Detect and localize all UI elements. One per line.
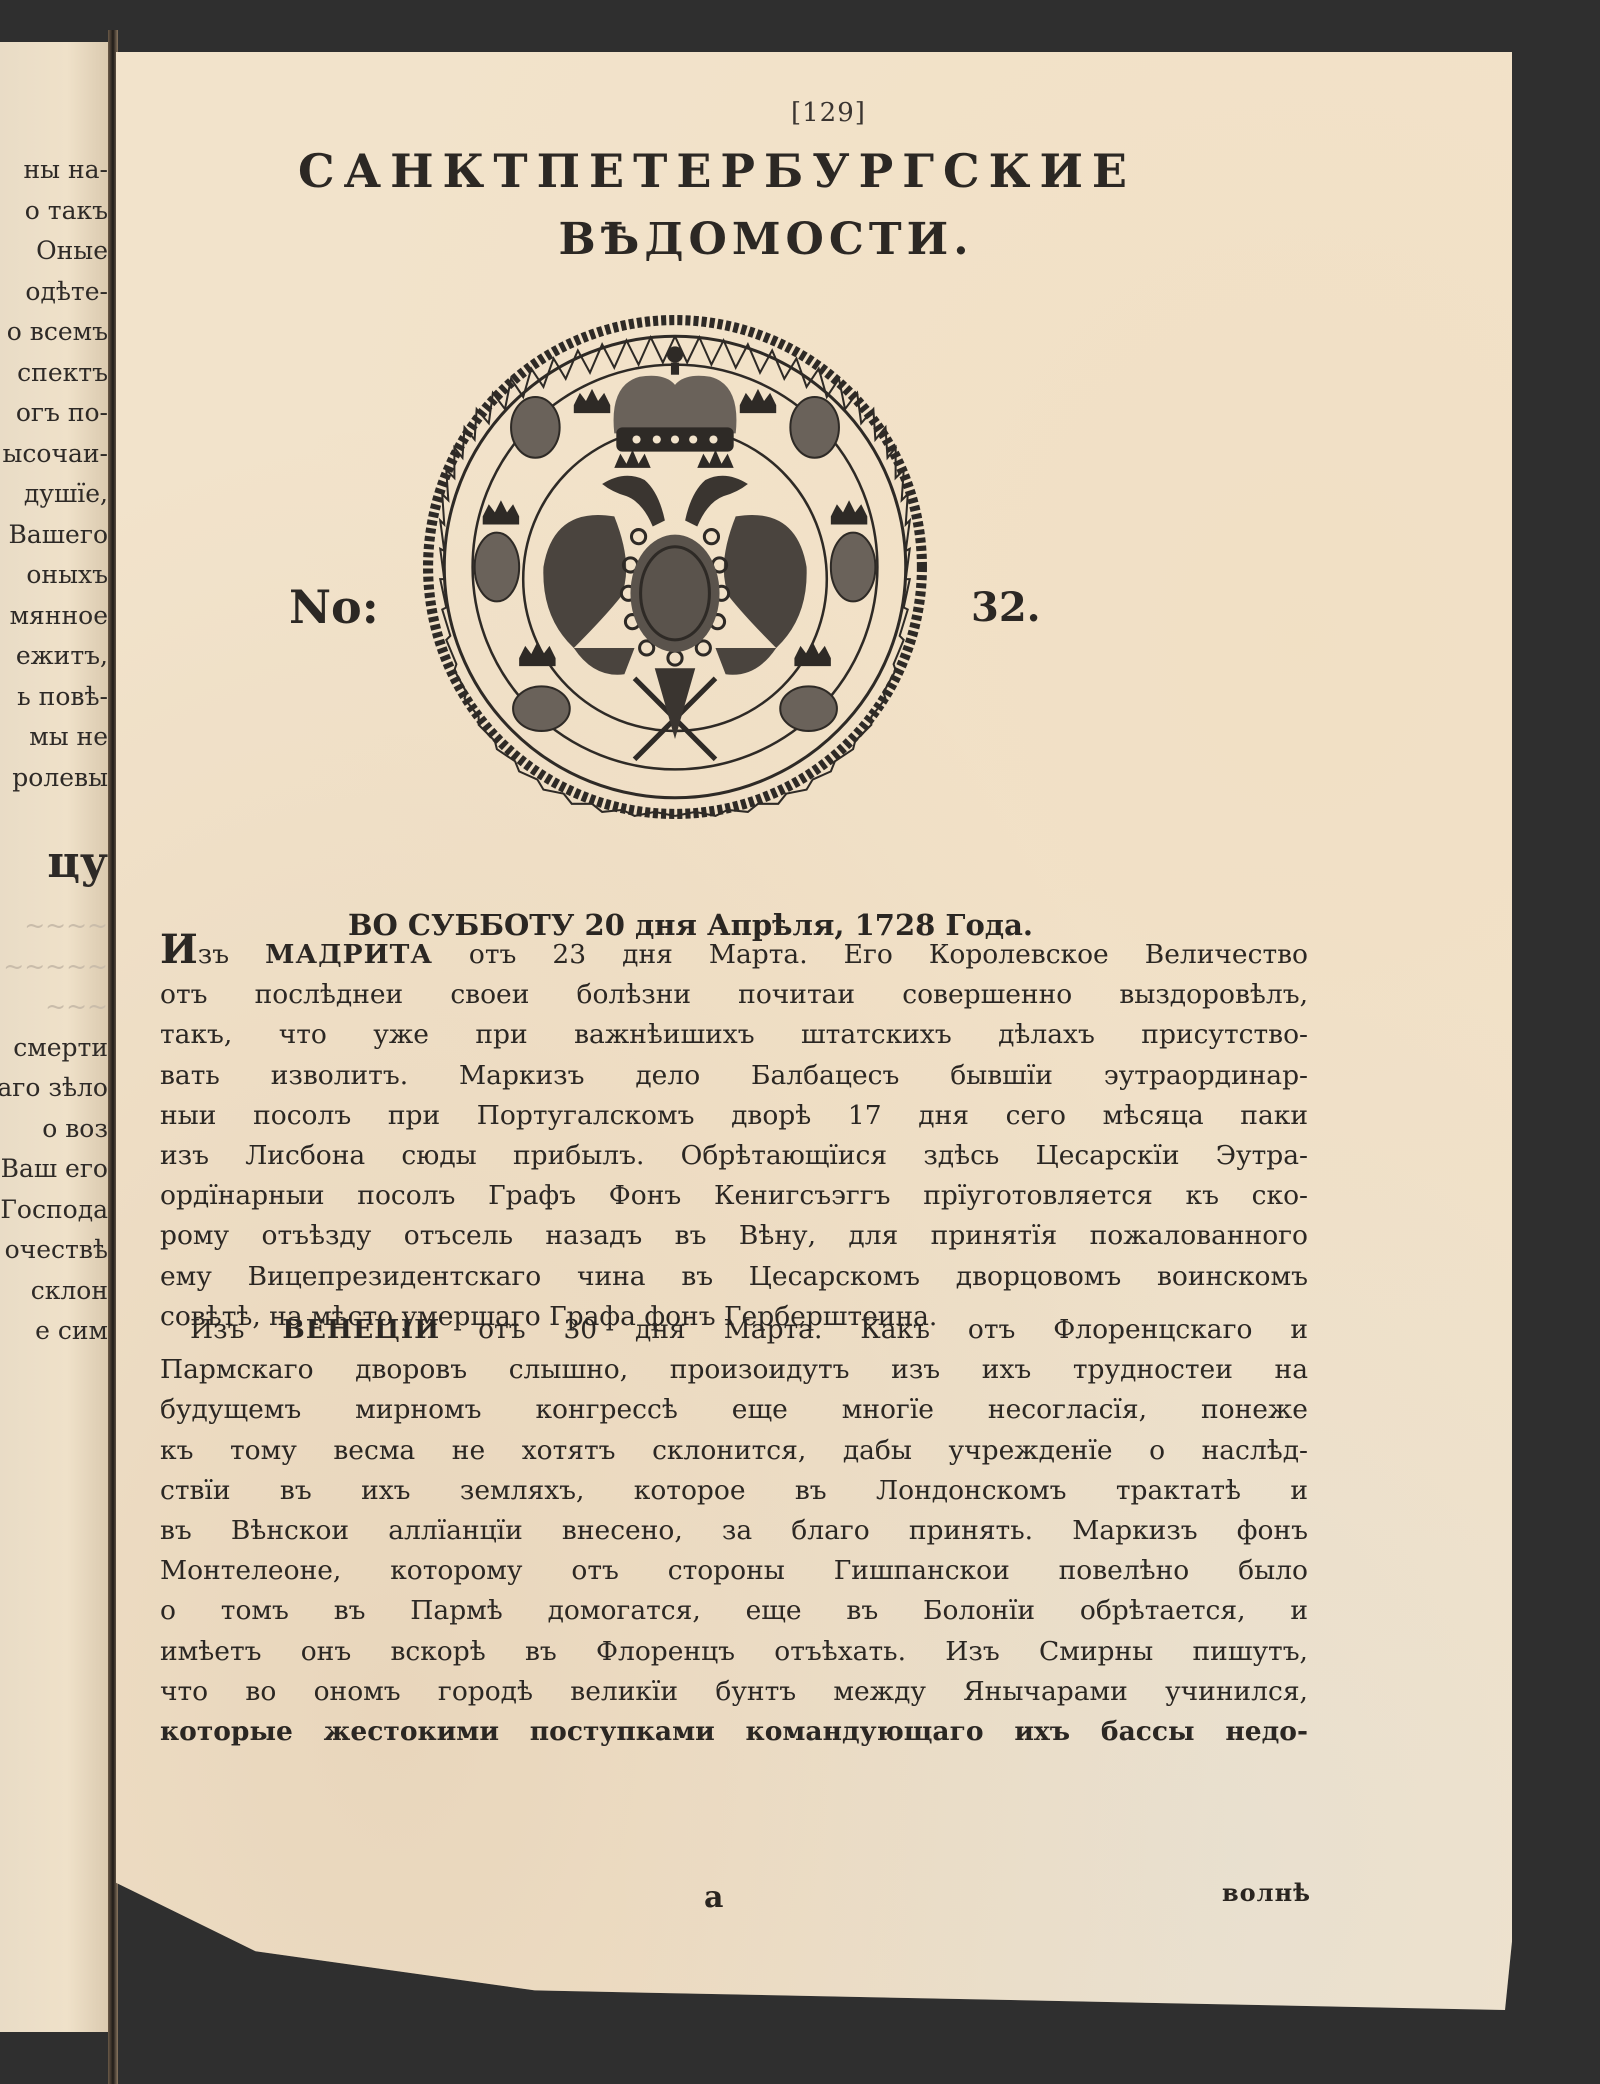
article-line: къ тому весма не хотятъ склонится, дабы … — [160, 1431, 1308, 1471]
article-line: вать изволитъ. Маркизъ дело Балбацесъ бы… — [160, 1056, 1308, 1096]
article-line: ордїнарныи посолъ Графъ Фонъ Кенигсъэггъ… — [160, 1176, 1308, 1216]
facing-line: ролевы — [0, 758, 108, 799]
article-venice: Изъ ВЕНЕЦІИ отъ 30 дня Марта. Какъ отъ Ф… — [160, 1310, 1308, 1752]
article-line: Изъ ВЕНЕЦІИ отъ 30 дня Марта. Какъ отъ Ф… — [160, 1310, 1308, 1350]
facing-line: огъ по- — [0, 393, 108, 434]
article-line: Изъ МАДРИТА отъ 23 дня Марта. Его Короле… — [160, 930, 1308, 975]
facing-line: склон — [0, 1271, 108, 1312]
article-line: изъ Лисбона сюды прибылъ. Обрѣтающїися з… — [160, 1136, 1308, 1176]
article-line: ствїи въ ихъ земляхъ, которое въ Лондонс… — [160, 1471, 1308, 1511]
facing-page-column-top: ны на- о такъ Оные одѣте- о всемъ спектъ… — [0, 150, 108, 1352]
facing-line: ны на- — [0, 150, 108, 191]
drop-cap: И — [160, 930, 198, 973]
facing-line: Вашего — [0, 515, 108, 556]
article-line: что во ономъ городѣ великїи бунтъ между … — [160, 1672, 1308, 1712]
facing-line: оныхъ — [0, 555, 108, 596]
article-madrid: Изъ МАДРИТА отъ 23 дня Марта. Его Короле… — [160, 930, 1308, 1337]
facing-line: аго зѣло — [0, 1068, 108, 1109]
facing-line: ежитъ, — [0, 636, 108, 677]
bleed-through-text: ~~~~~ — [0, 947, 108, 988]
facing-line: душїе, — [0, 474, 108, 515]
facing-line: о всемъ — [0, 312, 108, 353]
article-line: отъ послѣднеи своеи болѣзни почитаи сове… — [160, 975, 1308, 1015]
facing-line: спектъ — [0, 353, 108, 394]
article-line: Пармскаго дворовъ слышно, произоидутъ из… — [160, 1350, 1308, 1390]
coat-of-arms-icon — [422, 314, 928, 820]
facing-line: ысочаи- — [0, 434, 108, 475]
facing-line: одѣте- — [0, 272, 108, 313]
masthead-title: САНКТПЕТЕРБУРГСКИЕ — [298, 144, 1198, 198]
facing-line: очествѣ — [0, 1230, 108, 1271]
article-line: имѣетъ онъ вскорѣ въ Флоренцъ отъѣхать. … — [160, 1632, 1308, 1672]
article-line: которые жестокими поступками командующаг… — [160, 1712, 1308, 1752]
facing-heading-fragment: цу — [0, 838, 108, 888]
facing-line: смерти — [0, 1028, 108, 1069]
article-line: ныи посолъ при Португалскомъ дворѣ 17 дн… — [160, 1096, 1308, 1136]
facing-line: мянное — [0, 596, 108, 637]
facing-line: е сим — [0, 1311, 108, 1352]
bleed-through-text: ~~~~ — [0, 906, 108, 947]
facing-page: ны на- о такъ Оные одѣте- о всемъ спектъ… — [0, 42, 112, 2032]
facing-line: Оные — [0, 231, 108, 272]
facing-line: о воз — [0, 1109, 108, 1150]
article-line: въ Вѣнскои аллїанцїи внесено, за благо п… — [160, 1511, 1308, 1551]
facing-line: мы не — [0, 717, 108, 758]
dateline-city: МАДРИТА — [265, 939, 433, 970]
masthead-subtitle: ВѢДОМОСТИ. — [506, 214, 1026, 265]
article-line: ему Вицепрезидентскаго чина въ Цесарском… — [160, 1257, 1308, 1297]
signature-mark: a — [704, 1880, 723, 1915]
facing-line: Ваш его — [0, 1149, 108, 1190]
catchword: волнѣ — [1222, 1878, 1311, 1907]
facing-line: ь повѣ- — [0, 677, 108, 718]
dateline-city: ВЕНЕЦІИ — [282, 1314, 440, 1345]
bleed-through-text: ~~~ — [0, 987, 108, 1028]
facing-line: Господа — [0, 1190, 108, 1231]
article-line: о томъ въ Пармѣ домогатся, еще въ Болонї… — [160, 1591, 1308, 1631]
issue-label: No: — [289, 580, 379, 634]
newspaper-page: [129] САНКТПЕТЕРБУРГСКИЕ ВѢДОМОСТИ. No: — [116, 52, 1512, 2010]
facing-line: о такъ — [0, 191, 108, 232]
article-line: будущемъ мирномъ конгрессѣ еще многїе не… — [160, 1390, 1308, 1430]
page-number: [129] — [791, 98, 866, 128]
issue-number: 32. — [971, 584, 1041, 631]
article-line: Монтелеоне, которому отъ стороны Гишпанс… — [160, 1551, 1308, 1591]
article-line: такъ, что уже при важнѣишихъ штатскихъ д… — [160, 1015, 1308, 1055]
article-line: рому отъѣзду отъсель назадъ въ Вѣну, для… — [160, 1216, 1308, 1256]
